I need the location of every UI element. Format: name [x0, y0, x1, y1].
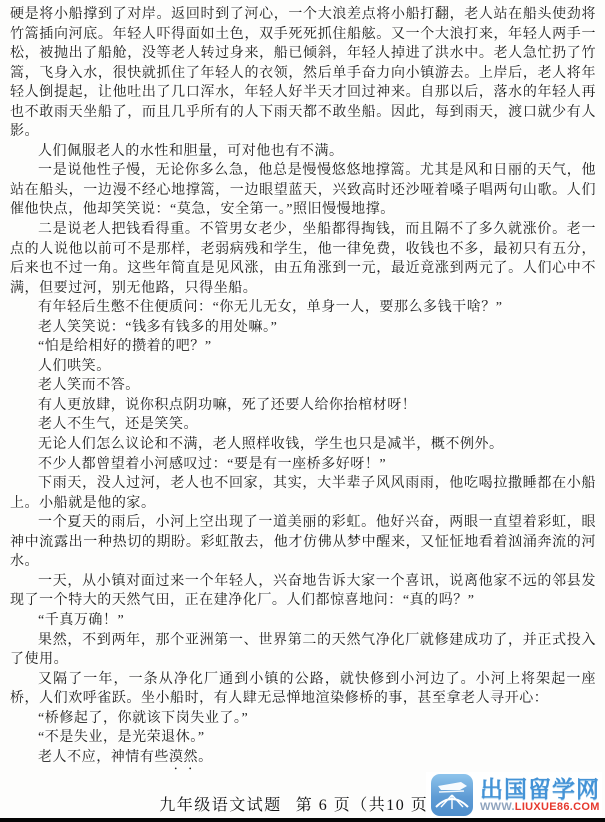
- study-abroad-umbrella-icon: [431, 774, 473, 816]
- paragraph: 人们佩服老人的水性和胆量，可对他也有不满。: [10, 142, 596, 162]
- paragraph: 老人不生气，还是笑笑。: [10, 415, 596, 435]
- url-www: WWW.: [480, 801, 515, 813]
- paragraph: 二是说老人把钱看得重。不管男女老少，坐船都得掏钱，而且隔不了多久就涨价。老一点的…: [10, 220, 596, 298]
- paragraph: 人们哄笑。: [10, 357, 596, 377]
- paragraph: 不少人都曾望着小河感叹过：“要是有一座桥多好呀！”: [10, 455, 596, 475]
- paragraph: 一是说他性子慢，无论你多么急，他总是慢慢悠悠地撑篙。尤其是风和日丽的天气，他站在…: [10, 161, 596, 220]
- paragraph: “桥修起了，你就该下岗失业了。”: [10, 709, 596, 729]
- paragraph: “千真万确！”: [10, 611, 596, 631]
- emphasized-text: 漠然: [169, 750, 198, 765]
- paragraph: 老人笑笑说：“钱多有钱多的用处嘛。”: [10, 318, 596, 338]
- liuxue86-watermark: 出国留学网 WWW.LIUXUE86.COM: [426, 772, 602, 818]
- page-bottom-rule: [0, 818, 605, 822]
- exam-page: 硬是将小船撑到了对岸。返回时到了河心，一个大浪差点将小船打翻，老人站在船头使劲将…: [0, 0, 605, 822]
- document-body: 硬是将小船撑到了对岸。返回时到了河心，一个大浪差点将小船打翻，老人站在船头使劲将…: [10, 5, 596, 773]
- paragraph: 又隔了一年，一条从净化厂通到小镇的公路，就快修到小河边了。小河上将架起一座桥，人…: [10, 670, 596, 709]
- watermark-text: 出国留学网 WWW.LIUXUE86.COM: [480, 777, 600, 814]
- page-number: 第 6 页（共10 页）: [296, 797, 446, 814]
- paragraph: 一个夏天的雨后，小河上空出现了一道美丽的彩虹。他好兴奋，两眼一直望着彩虹，眼神中…: [10, 513, 596, 572]
- url-domain: LIUXUE86: [515, 801, 570, 813]
- paragraph: 果然，不到两年，那个亚洲第一、世界第二的天然气净化厂就修建成功了，并正式投入了使…: [10, 631, 596, 670]
- paragraph: 下雨天，没人过河，老人也不回家，其实，大半辈子风风雨雨，他吃喝拉撒睡都在小船上。…: [10, 474, 596, 513]
- site-name: 出国留学网: [480, 777, 600, 801]
- paragraph: “怕是给相好的攒着的吧？”: [10, 337, 596, 357]
- site-url: WWW.LIUXUE86.COM: [480, 801, 600, 814]
- paragraph: 硬是将小船撑到了对岸。返回时到了河心，一个大浪差点将小船打翻，老人站在船头使劲将…: [10, 5, 596, 142]
- paragraph: 老人笑而不答。: [10, 376, 596, 396]
- paragraph: 有年轻后生憋不住便质问：“你无儿无女，单身一人，要那么多钱干啥？”: [10, 298, 596, 318]
- url-tld: .COM: [570, 801, 600, 813]
- paragraph: 无论人们怎么议论和不满，老人照样收钱，学生也只是减半，概不例外。: [10, 435, 596, 455]
- paragraph: 老人不应，神情有些漠然。: [10, 748, 596, 773]
- paragraph: 一天，从小镇对面过来一个年轻人，兴奋地告诉大家一个喜讯，说离他家不远的邻县发现了…: [10, 572, 596, 611]
- paragraph: 有人更放肆，说你积点阴功嘛，死了还要人给你抬棺材呀！: [10, 396, 596, 416]
- paragraph: “不是失业，是光荣退休。”: [10, 728, 596, 748]
- exam-title: 九年级语文试题: [159, 797, 282, 814]
